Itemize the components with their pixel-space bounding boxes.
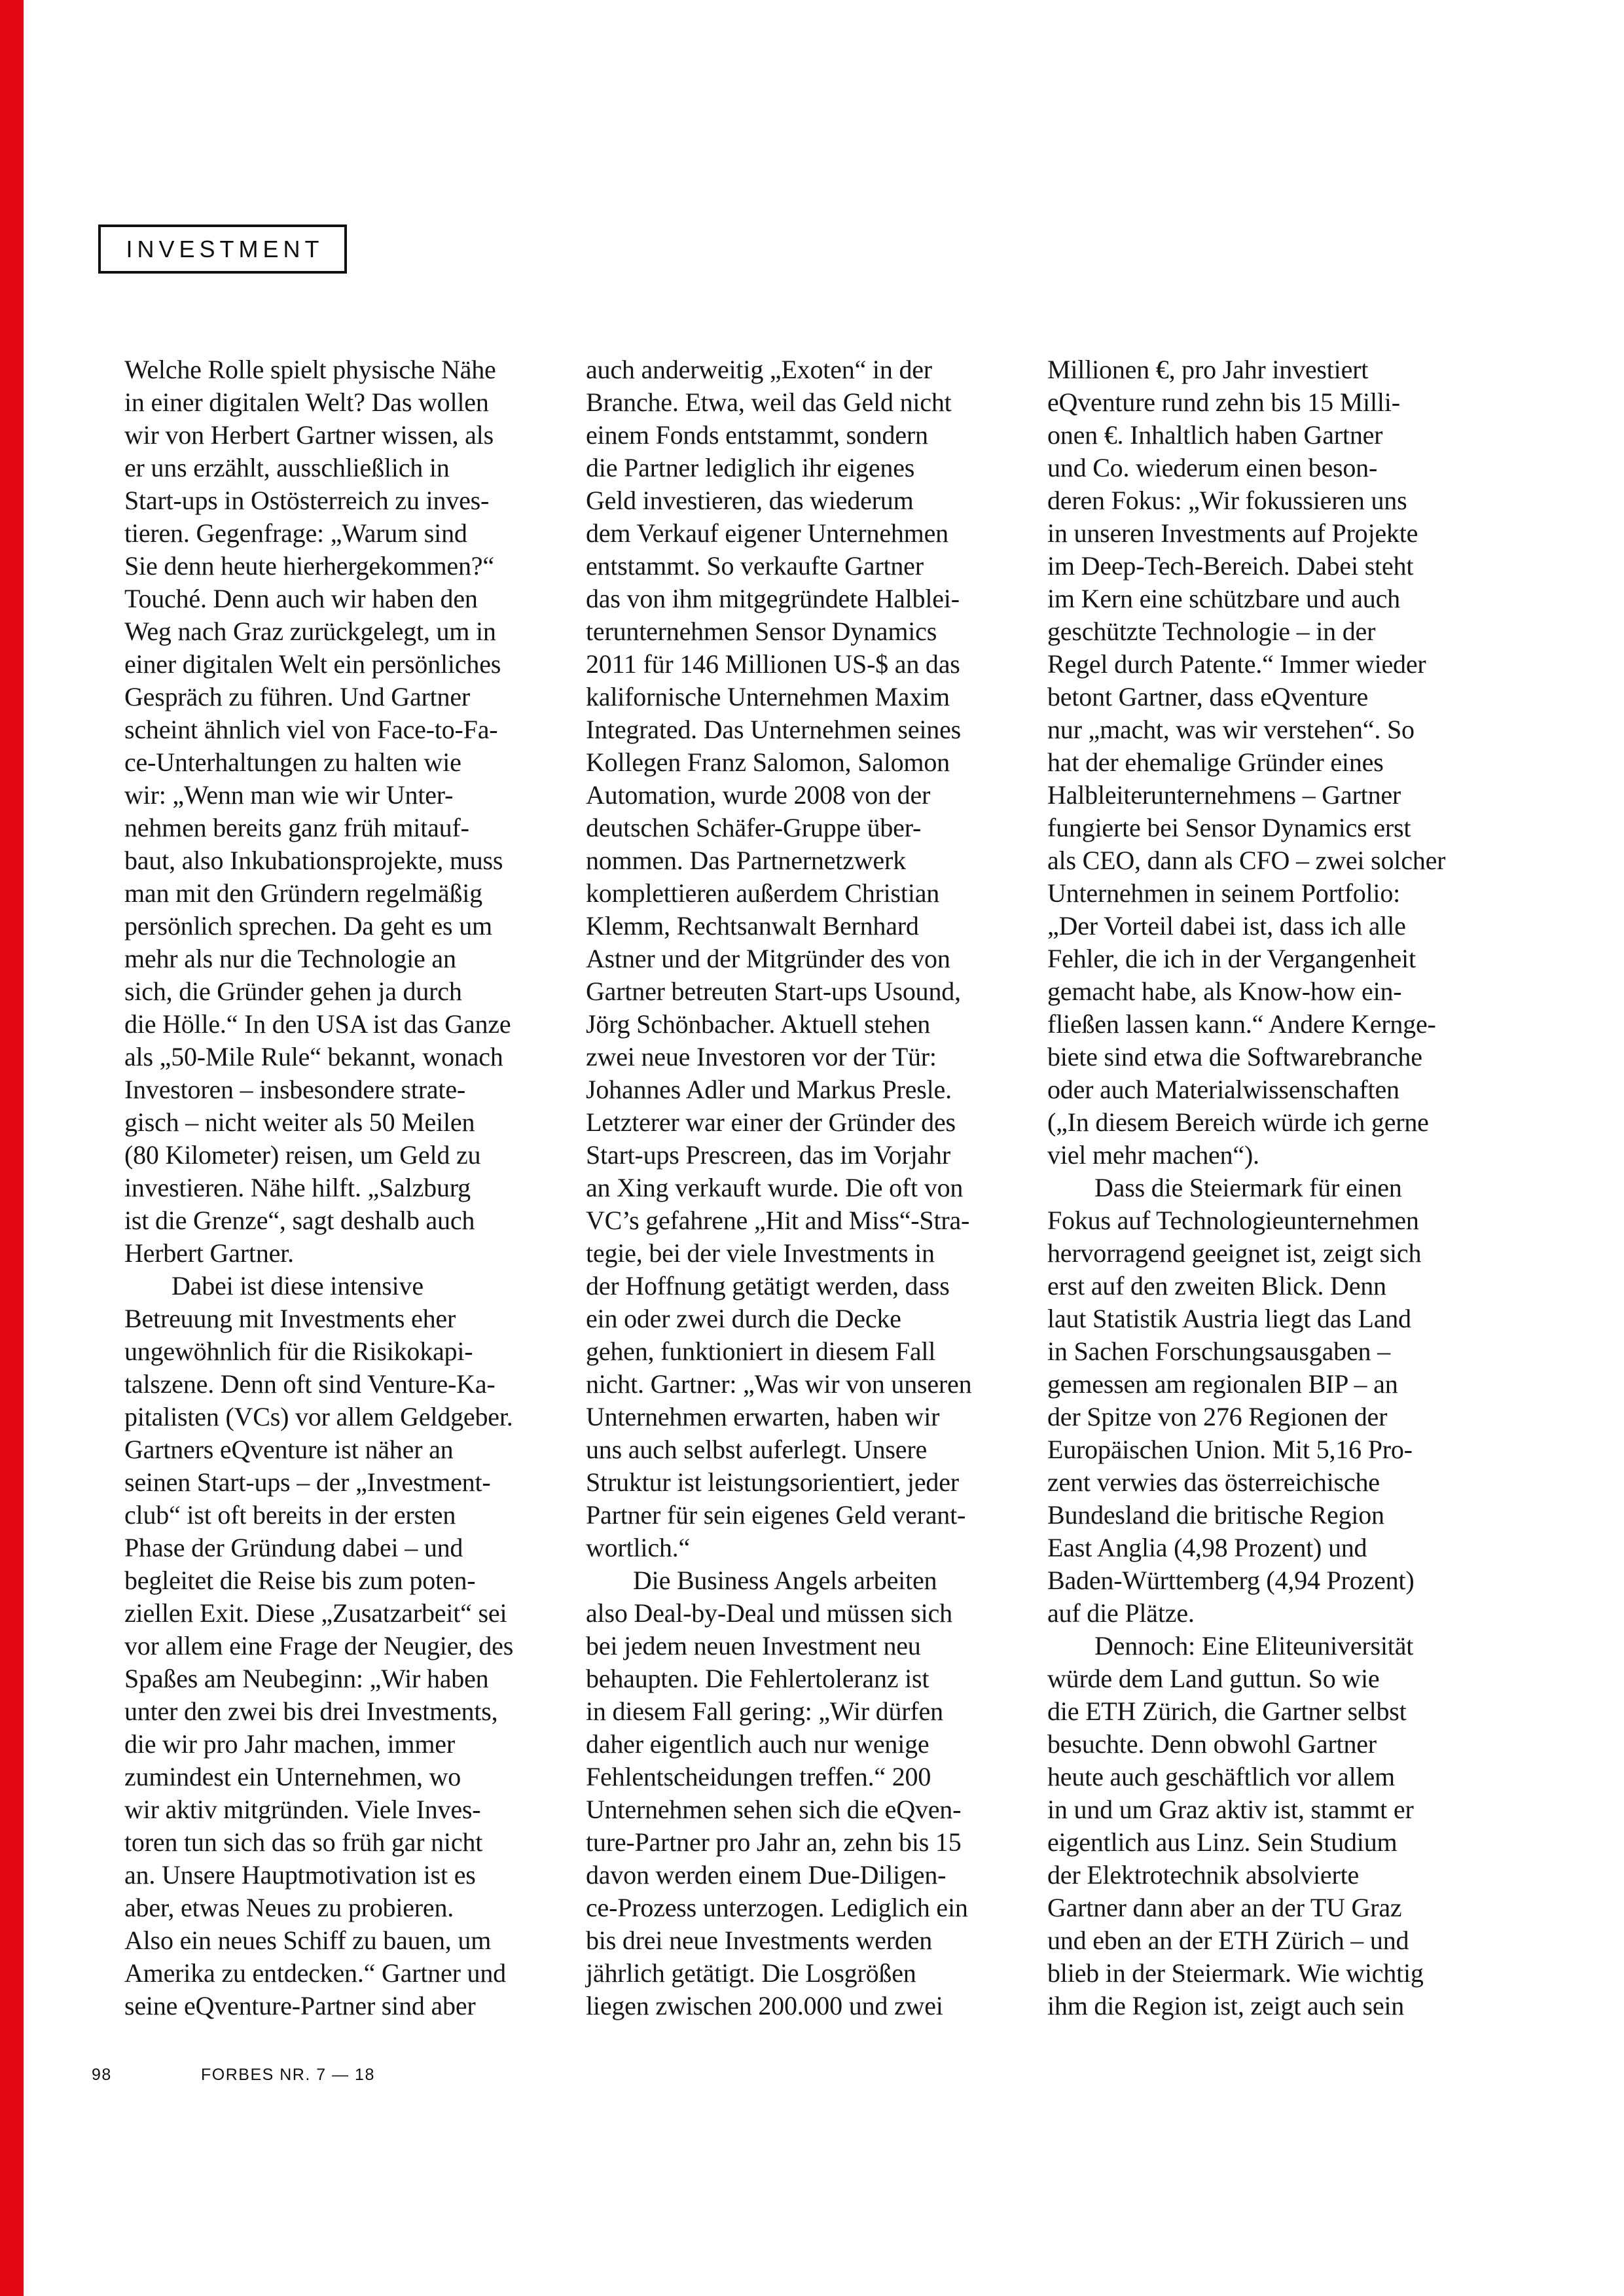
text-line: pitalisten (VCs) vor allem Geldgeber. bbox=[124, 1401, 556, 1433]
text-line: daher eigentlich auch nur wenige bbox=[586, 1728, 1018, 1761]
text-line: Regel durch Patente.“ Immer wieder bbox=[1047, 648, 1479, 681]
text-line: oder auch Materialwissenschaften bbox=[1047, 1073, 1479, 1106]
article-body: Welche Rolle spielt physische Nähein ein… bbox=[124, 353, 1479, 2022]
text-line: wir: „Wenn man wie wir Unter- bbox=[124, 779, 556, 812]
section-label-box: INVESTMENT bbox=[98, 224, 347, 274]
text-line: wortlich.“ bbox=[586, 1532, 1018, 1564]
text-line: Unternehmen in seinem Portfolio: bbox=[1047, 877, 1479, 910]
text-line: bei jedem neuen Investment neu bbox=[586, 1630, 1018, 1662]
text-line: nehmen bereits ganz früh mitauf- bbox=[124, 812, 556, 844]
text-line: zumindest ein Unternehmen, wo bbox=[124, 1761, 556, 1793]
text-line: investieren. Nähe hilft. „Salzburg bbox=[124, 1172, 556, 1204]
text-line: einem Fonds entstammt, sondern bbox=[586, 419, 1018, 452]
text-line: talszene. Denn oft sind Venture-Ka- bbox=[124, 1368, 556, 1401]
text-line: wir aktiv mitgründen. Viele Inves- bbox=[124, 1793, 556, 1826]
text-line: behaupten. Die Fehlertoleranz ist bbox=[586, 1662, 1018, 1695]
text-line: einer digitalen Welt ein persönliches bbox=[124, 648, 556, 681]
text-line: der Hoffnung getätigt werden, dass bbox=[586, 1270, 1018, 1302]
article-column-3: Millionen €, pro Jahr investierteQventur… bbox=[1047, 353, 1479, 2022]
text-line: Europäischen Union. Mit 5,16 Pro- bbox=[1047, 1433, 1479, 1466]
text-line: seine eQventure-Partner sind aber bbox=[124, 1990, 556, 2022]
text-line: club“ ist oft bereits in der ersten bbox=[124, 1499, 556, 1532]
text-line: Investoren – insbesondere strate- bbox=[124, 1073, 556, 1106]
page-edge-accent-bar bbox=[0, 0, 24, 2296]
text-line: Fokus auf Technologieunternehmen bbox=[1047, 1204, 1479, 1237]
text-line: ein oder zwei durch die Decke bbox=[586, 1302, 1018, 1335]
page-footer: 98 FORBES NR. 7 — 18 bbox=[92, 2066, 375, 2085]
text-line: komplettieren außerdem Christian bbox=[586, 877, 1018, 910]
text-line: biete sind etwa die Softwarebranche bbox=[1047, 1041, 1479, 1073]
text-line: vor allem eine Frage der Neugier, des bbox=[124, 1630, 556, 1662]
text-line: Spaßes am Neubeginn: „Wir haben bbox=[124, 1662, 556, 1695]
text-line: eigentlich aus Linz. Sein Studium bbox=[1047, 1826, 1479, 1859]
text-line: in unseren Investments auf Projekte bbox=[1047, 517, 1479, 550]
text-line: deren Fokus: „Wir fokussieren uns bbox=[1047, 484, 1479, 517]
text-line: gisch – nicht weiter als 50 Meilen bbox=[124, 1106, 556, 1139]
text-line: laut Statistik Austria liegt das Land bbox=[1047, 1302, 1479, 1335]
text-line: die Hölle.“ In den USA ist das Ganze bbox=[124, 1008, 556, 1041]
text-line: ce-Prozess unterzogen. Lediglich ein bbox=[586, 1892, 1018, 1924]
text-line: auf die Plätze. bbox=[1047, 1597, 1479, 1630]
text-line: begleitet die Reise bis zum poten- bbox=[124, 1564, 556, 1597]
text-line: Start-ups in Ostösterreich zu inves- bbox=[124, 484, 556, 517]
text-line: erst auf den zweiten Blick. Denn bbox=[1047, 1270, 1479, 1302]
text-line: gehen, funktioniert in diesem Fall bbox=[586, 1335, 1018, 1368]
text-line: deutschen Schäfer-Gruppe über- bbox=[586, 812, 1018, 844]
text-line: Welche Rolle spielt physische Nähe bbox=[124, 353, 556, 386]
text-line: Integrated. Das Unternehmen seines bbox=[586, 713, 1018, 746]
text-line: 2011 für 146 Millionen US-$ an das bbox=[586, 648, 1018, 681]
text-line: blieb in der Steiermark. Wie wichtig bbox=[1047, 1957, 1479, 1990]
text-line: Fehler, die ich in der Vergangenheit bbox=[1047, 942, 1479, 975]
text-line: betont Gartner, dass eQventure bbox=[1047, 681, 1479, 713]
text-line: baut, also Inkubationsprojekte, muss bbox=[124, 844, 556, 877]
text-line: Also ein neues Schiff zu bauen, um bbox=[124, 1924, 556, 1957]
text-line: Halbleiterunternehmens – Gartner bbox=[1047, 779, 1479, 812]
text-line: die wir pro Jahr machen, immer bbox=[124, 1728, 556, 1761]
text-line: Baden-Württemberg (4,94 Prozent) bbox=[1047, 1564, 1479, 1597]
text-line: zwei neue Investoren vor der Tür: bbox=[586, 1041, 1018, 1073]
text-line: Dabei ist diese intensive bbox=[124, 1270, 556, 1302]
text-line: fungierte bei Sensor Dynamics erst bbox=[1047, 812, 1479, 844]
text-line: hat der ehemalige Gründer eines bbox=[1047, 746, 1479, 779]
text-line: also Deal-by-Deal und müssen sich bbox=[586, 1597, 1018, 1630]
text-line: auch anderweitig „Exoten“ in der bbox=[586, 353, 1018, 386]
text-line: ture-Partner pro Jahr an, zehn bis 15 bbox=[586, 1826, 1018, 1859]
text-line: Branche. Etwa, weil das Geld nicht bbox=[586, 386, 1018, 419]
text-line: Touché. Denn auch wir haben den bbox=[124, 583, 556, 615]
text-line: Jörg Schönbacher. Aktuell stehen bbox=[586, 1008, 1018, 1041]
text-line: Gartners eQventure ist näher an bbox=[124, 1433, 556, 1466]
text-line: ce-Unterhaltungen zu halten wie bbox=[124, 746, 556, 779]
text-line: dem Verkauf eigener Unternehmen bbox=[586, 517, 1018, 550]
text-line: scheint ähnlich viel von Face-to-Fa- bbox=[124, 713, 556, 746]
text-line: ungewöhnlich für die Risikokapi- bbox=[124, 1335, 556, 1368]
text-line: aber, etwas Neues zu probieren. bbox=[124, 1892, 556, 1924]
text-line: heute auch geschäftlich vor allem bbox=[1047, 1761, 1479, 1793]
text-line: im Deep-Tech-Bereich. Dabei steht bbox=[1047, 550, 1479, 583]
text-line: Kollegen Franz Salomon, Salomon bbox=[586, 746, 1018, 779]
text-line: Phase der Gründung dabei – und bbox=[124, 1532, 556, 1564]
text-line: eQventure rund zehn bis 15 Milli- bbox=[1047, 386, 1479, 419]
text-line: in einer digitalen Welt? Das wollen bbox=[124, 386, 556, 419]
text-line: Unternehmen sehen sich die eQven- bbox=[586, 1793, 1018, 1826]
text-line: Fehlentscheidungen treffen.“ 200 bbox=[586, 1761, 1018, 1793]
text-line: an. Unsere Hauptmotivation ist es bbox=[124, 1859, 556, 1892]
text-line: an Xing verkauft wurde. Die oft von bbox=[586, 1172, 1018, 1204]
text-line: Sie denn heute hierhergekommen?“ bbox=[124, 550, 556, 583]
text-line: gemessen am regionalen BIP – an bbox=[1047, 1368, 1479, 1401]
text-line: Automation, wurde 2008 von der bbox=[586, 779, 1018, 812]
text-line: davon werden einem Due-Diligen- bbox=[586, 1859, 1018, 1892]
text-line: in Sachen Forschungsausgaben – bbox=[1047, 1335, 1479, 1368]
text-line: sich, die Gründer gehen ja durch bbox=[124, 975, 556, 1008]
text-line: toren tun sich das so früh gar nicht bbox=[124, 1826, 556, 1859]
text-line: bis drei neue Investments werden bbox=[586, 1924, 1018, 1957]
text-line: seinen Start-ups – der „Investment- bbox=[124, 1466, 556, 1499]
text-line: Klemm, Rechtsanwalt Bernhard bbox=[586, 910, 1018, 942]
text-line: entstammt. So verkaufte Gartner bbox=[586, 550, 1018, 583]
text-line: Betreuung mit Investments eher bbox=[124, 1302, 556, 1335]
text-line: nur „macht, was wir verstehen“. So bbox=[1047, 713, 1479, 746]
text-line: ihm die Region ist, zeigt auch sein bbox=[1047, 1990, 1479, 2022]
text-line: ist die Grenze“, sagt deshalb auch bbox=[124, 1204, 556, 1237]
text-line: Johannes Adler und Markus Presle. bbox=[586, 1073, 1018, 1106]
text-line: terunternehmen Sensor Dynamics bbox=[586, 615, 1018, 648]
text-line: fließen lassen kann.“ Andere Kernge- bbox=[1047, 1008, 1479, 1041]
text-line: („In diesem Bereich würde ich gerne bbox=[1047, 1106, 1479, 1139]
text-line: Weg nach Graz zurückgelegt, um in bbox=[124, 615, 556, 648]
text-line: Gartner dann aber an der TU Graz bbox=[1047, 1892, 1479, 1924]
text-line: Struktur ist leistungsorientiert, jeder bbox=[586, 1466, 1018, 1499]
text-line: jährlich getätigt. Die Losgrößen bbox=[586, 1957, 1018, 1990]
text-line: und eben an der ETH Zürich – und bbox=[1047, 1924, 1479, 1957]
text-line: Dass die Steiermark für einen bbox=[1047, 1172, 1479, 1204]
magazine-page: INVESTMENT Welche Rolle spielt physische… bbox=[0, 0, 1624, 2296]
page-number: 98 bbox=[92, 2066, 201, 2085]
text-line: tieren. Gegenfrage: „Warum sind bbox=[124, 517, 556, 550]
text-line: East Anglia (4,98 Prozent) und bbox=[1047, 1532, 1479, 1564]
text-line: VC’s gefahrene „Hit and Miss“-Stra- bbox=[586, 1204, 1018, 1237]
text-line: im Kern eine schützbare und auch bbox=[1047, 583, 1479, 615]
text-line: Letzterer war einer der Gründer des bbox=[586, 1106, 1018, 1139]
section-label: INVESTMENT bbox=[121, 236, 323, 263]
text-line: wir von Herbert Gartner wissen, als bbox=[124, 419, 556, 452]
text-line: (80 Kilometer) reisen, um Geld zu bbox=[124, 1139, 556, 1172]
text-line: Amerika zu entdecken.“ Gartner und bbox=[124, 1957, 556, 1990]
article-column-2: auch anderweitig „Exoten“ in derBranche.… bbox=[586, 353, 1018, 2022]
text-line: gemacht habe, als Know-how ein- bbox=[1047, 975, 1479, 1008]
text-line: onen €. Inhaltlich haben Gartner bbox=[1047, 419, 1479, 452]
text-line: „Der Vorteil dabei ist, dass ich alle bbox=[1047, 910, 1479, 942]
text-line: Partner für sein eigenes Geld verant- bbox=[586, 1499, 1018, 1532]
text-line: tegie, bei der viele Investments in bbox=[586, 1237, 1018, 1270]
text-line: ziellen Exit. Diese „Zusatzarbeit“ sei bbox=[124, 1597, 556, 1630]
text-line: kalifornische Unternehmen Maxim bbox=[586, 681, 1018, 713]
text-line: zent verwies das österreichische bbox=[1047, 1466, 1479, 1499]
text-line: Die Business Angels arbeiten bbox=[586, 1564, 1018, 1597]
text-line: Bundesland die britische Region bbox=[1047, 1499, 1479, 1532]
text-line: die ETH Zürich, die Gartner selbst bbox=[1047, 1695, 1479, 1728]
text-line: Millionen €, pro Jahr investiert bbox=[1047, 353, 1479, 386]
text-line: Astner und der Mitgründer des von bbox=[586, 942, 1018, 975]
text-line: Herbert Gartner. bbox=[124, 1237, 556, 1270]
text-line: Unternehmen erwarten, haben wir bbox=[586, 1401, 1018, 1433]
text-line: mehr als nur die Technologie an bbox=[124, 942, 556, 975]
text-line: die Partner lediglich ihr eigenes bbox=[586, 452, 1018, 484]
text-line: Dennoch: Eine Eliteuniversität bbox=[1047, 1630, 1479, 1662]
text-line: besuchte. Denn obwohl Gartner bbox=[1047, 1728, 1479, 1761]
text-line: nicht. Gartner: „Was wir von unseren bbox=[586, 1368, 1018, 1401]
text-line: man mit den Gründern regelmäßig bbox=[124, 877, 556, 910]
text-line: uns auch selbst auferlegt. Unsere bbox=[586, 1433, 1018, 1466]
text-line: und Co. wiederum einen beson- bbox=[1047, 452, 1479, 484]
text-line: der Spitze von 276 Regionen der bbox=[1047, 1401, 1479, 1433]
text-line: hervorragend geeignet ist, zeigt sich bbox=[1047, 1237, 1479, 1270]
issue-label: FORBES NR. 7 — 18 bbox=[201, 2066, 375, 2085]
text-line: geschützte Technologie – in der bbox=[1047, 615, 1479, 648]
text-line: Start-ups Prescreen, das im Vorjahr bbox=[586, 1139, 1018, 1172]
text-line: viel mehr machen“). bbox=[1047, 1139, 1479, 1172]
text-line: das von ihm mitgegründete Halblei- bbox=[586, 583, 1018, 615]
text-line: liegen zwischen 200.000 und zwei bbox=[586, 1990, 1018, 2022]
text-line: als „50-Mile Rule“ bekannt, wonach bbox=[124, 1041, 556, 1073]
text-line: der Elektrotechnik absolvierte bbox=[1047, 1859, 1479, 1892]
text-line: Gespräch zu führen. Und Gartner bbox=[124, 681, 556, 713]
text-line: in und um Graz aktiv ist, stammt er bbox=[1047, 1793, 1479, 1826]
text-line: in diesem Fall gering: „Wir dürfen bbox=[586, 1695, 1018, 1728]
text-line: persönlich sprechen. Da geht es um bbox=[124, 910, 556, 942]
article-column-1: Welche Rolle spielt physische Nähein ein… bbox=[124, 353, 556, 2022]
text-line: Geld investieren, das wiederum bbox=[586, 484, 1018, 517]
text-line: nommen. Das Partnernetzwerk bbox=[586, 844, 1018, 877]
text-line: Gartner betreuten Start-ups Usound, bbox=[586, 975, 1018, 1008]
text-line: er uns erzählt, ausschließlich in bbox=[124, 452, 556, 484]
text-line: würde dem Land guttun. So wie bbox=[1047, 1662, 1479, 1695]
text-line: unter den zwei bis drei Investments, bbox=[124, 1695, 556, 1728]
text-line: als CEO, dann als CFO – zwei solcher bbox=[1047, 844, 1479, 877]
